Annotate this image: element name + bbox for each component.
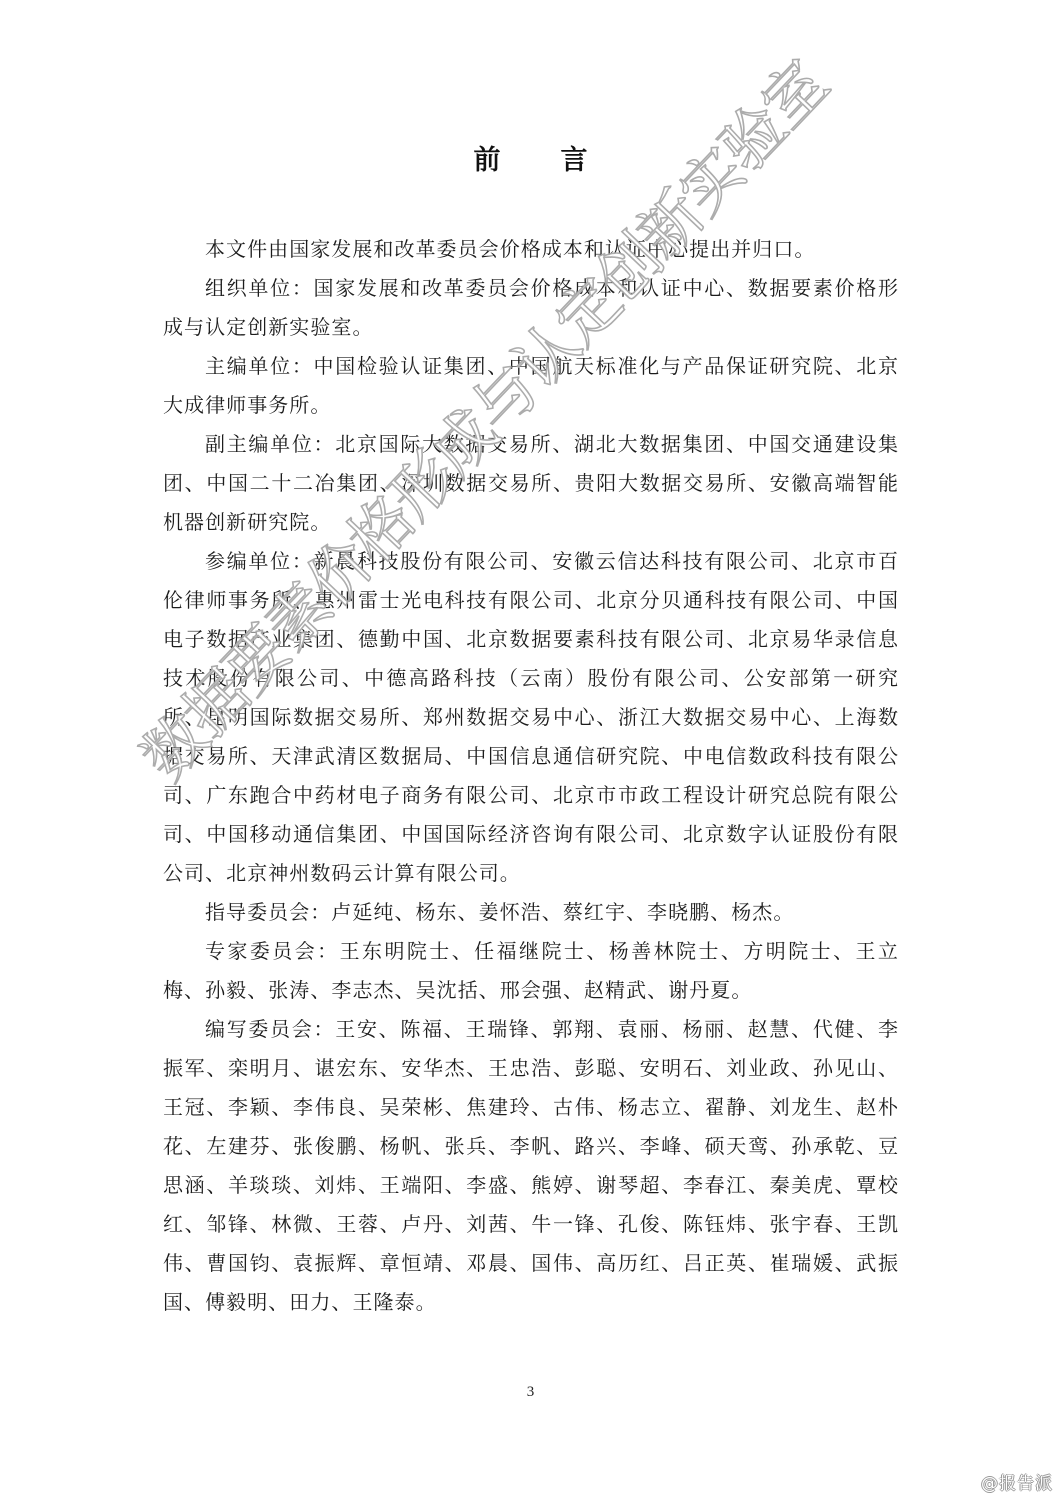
paragraph-proposer: 本文件由国家发展和改革委员会价格成本和认证中心提出并归口。	[163, 230, 899, 269]
page-title: 前言	[0, 138, 1061, 177]
paragraph-chief-editors: 主编单位：中国检验认证集团、中国航天标准化与产品保证研究院、北京大成律师事务所。	[163, 347, 899, 425]
source-watermark: @报告派	[981, 1469, 1053, 1494]
paragraph-organizers: 组织单位：国家发展和改革委员会价格成本和认证中心、数据要素价格形成与认定创新实验…	[163, 269, 899, 347]
paragraph-expert-committee: 专家委员会：王东明院士、任福继院士、杨善林院士、方明院士、王立梅、孙毅、张涛、李…	[163, 932, 899, 1010]
paragraph-steering-committee: 指导委员会：卢延纯、杨东、姜怀浩、蔡红宇、李晓鹏、杨杰。	[163, 893, 899, 932]
page-number: 3	[0, 1384, 1061, 1401]
paragraph-deputy-chief-editors: 副主编单位：北京国际大数据交易所、湖北大数据集团、中国交通建设集团、中国二十二冶…	[163, 425, 899, 542]
paragraph-drafting-committee: 编写委员会：王安、陈福、王瑞锋、郭翔、袁丽、杨丽、赵慧、代健、李振军、栾明月、谌…	[163, 1010, 899, 1322]
preface-body: 本文件由国家发展和改革委员会价格成本和认证中心提出并归口。 组织单位：国家发展和…	[163, 230, 899, 1322]
paragraph-participating-editors: 参编单位：新晨科技股份有限公司、安徽云信达科技有限公司、北京市百伦律师事务所、惠…	[163, 542, 899, 893]
